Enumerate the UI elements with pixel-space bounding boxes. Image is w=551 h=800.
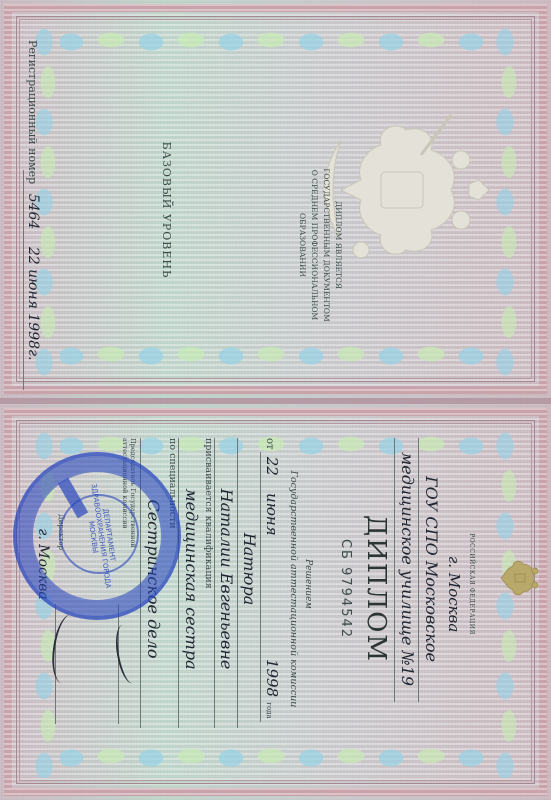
decision-month: июня <box>263 493 281 536</box>
ornament-right <box>60 738 491 778</box>
underline <box>260 452 261 722</box>
ornament-top <box>483 426 529 778</box>
coat-of-arms-icon <box>499 556 541 600</box>
decision-date-row: от 22 июня 1998 года <box>263 438 281 738</box>
given-names: Наталии Евгеньевне <box>217 434 236 724</box>
ornament-left <box>60 22 491 62</box>
surname: Натюра <box>240 434 259 704</box>
registration-number: 5464 <box>25 194 41 230</box>
statement: ДИПЛОМ ЯВЛЯЕТСЯ ГОСУДАРСТВЕННЫМ ДОКУМЕНТ… <box>296 150 344 340</box>
country-label: РОССИЙСКАЯ ФЕДЕРАЦИЯ <box>468 524 475 644</box>
decision-label: Решением <box>303 534 313 634</box>
diploma-title: ДИПЛОМ <box>361 514 391 664</box>
statement-line: ГОСУДАРСТВЕННЫМ ДОКУМЕНТОМ <box>320 150 332 340</box>
year-label: года <box>265 702 273 718</box>
city: г. Москва <box>445 534 463 654</box>
registration-date: 22 июня 1998г. <box>25 247 41 361</box>
registration-row: Регистрационный номер 5464 22 июня 1998г… <box>25 40 41 361</box>
registration-underline <box>23 170 24 390</box>
official-stamp: ДЕПАРТАМЕНТ ЗДРАВООХРАНЕНИЯ ГОРОДА МОСКВ… <box>13 452 181 620</box>
commission-label: Государственной аттестационной комиссии <box>288 444 299 734</box>
statement-line: О СРЕДНЕМ ПРОФЕССИОНАЛЬНОМ <box>308 150 320 340</box>
underline <box>394 438 395 702</box>
diploma-spread: ДИПЛОМ ЯВЛЯЕТСЯ ГОСУДАРСТВЕННЫМ ДОКУМЕНТ… <box>0 0 551 800</box>
statement-line: ОБРАЗОВАНИИ <box>296 150 308 340</box>
decision-year: 1998 <box>263 659 281 697</box>
registration-label: Регистрационный номер <box>26 40 39 184</box>
serial-number: СБ 9794542 <box>338 514 353 664</box>
institution-line-2: медицинское училище №19 <box>398 434 417 704</box>
statement-line: ДИПЛОМ ЯВЛЯЕТСЯ <box>332 150 344 340</box>
right-page: РОССИЙСКАЯ ФЕДЕРАЦИЯ г. Москва ГОУ СПО М… <box>0 404 551 800</box>
qualification-label: присваивается квалификация <box>203 438 214 589</box>
underline <box>237 438 238 728</box>
decision-day: 22 <box>263 457 281 476</box>
institution-line-1: ГОУ СПО Московское <box>422 434 441 704</box>
qualification: медицинская сестра <box>182 434 201 724</box>
underline <box>178 438 179 728</box>
underline <box>418 438 419 702</box>
ornament-right <box>60 336 491 376</box>
education-level: БАЗОВЫЙ УРОВЕНЬ <box>160 140 173 280</box>
from-label: от <box>264 438 275 450</box>
left-page: ДИПЛОМ ЯВЛЯЕТСЯ ГОСУДАРСТВЕННЫМ ДОКУМЕНТ… <box>0 0 551 398</box>
underline <box>214 438 215 728</box>
